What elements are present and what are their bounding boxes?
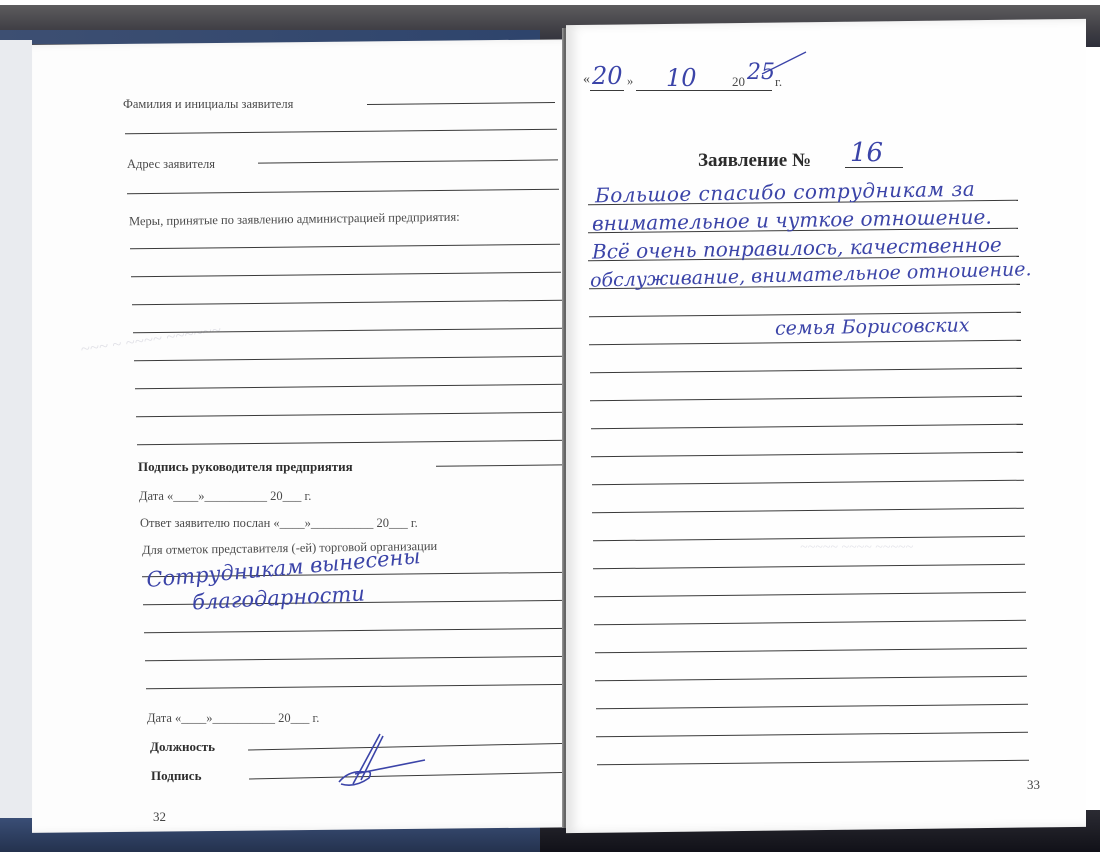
book-cover-left-edge (0, 40, 32, 830)
signature-label: Подпись (151, 768, 201, 784)
statement-number-line[interactable] (845, 167, 903, 168)
handwritten-date-month: 10 (666, 64, 697, 92)
date-line-2: Дата «____»__________ 20___ г. (147, 711, 319, 726)
bleed-through-text: ~~~~~ ~~~~ ~~~~~ (800, 540, 913, 556)
handwritten-signed-by: семья Борисовских (775, 314, 970, 339)
handwritten-signature-icon (325, 730, 435, 790)
position-label: Должность (150, 739, 215, 755)
date-year-line[interactable] (748, 90, 772, 91)
director-signature-label: Подпись руководителя предприятия (138, 459, 353, 475)
statement-title: Заявление № (698, 150, 811, 172)
right-page-number: 33 (1027, 777, 1040, 793)
date-close-quote: » (627, 74, 633, 89)
applicant-address-label: Адрес заявителя (127, 157, 215, 172)
reply-sent-line: Ответ заявителю послан «____»__________ … (140, 516, 418, 531)
handwritten-statement-number: 16 (850, 138, 883, 168)
date-open-quote: « (583, 72, 590, 88)
date-month-line[interactable] (636, 90, 760, 91)
director-date-line: Дата «____»__________ 20___ г. (139, 489, 311, 504)
date-year-prefix: 20 (732, 74, 745, 90)
applicant-name-label: Фамилия и инициалы заявителя (123, 97, 293, 112)
date-day-line[interactable] (590, 90, 624, 91)
date-flourish-icon (760, 48, 810, 78)
handwritten-date-day: 20 (592, 62, 623, 90)
left-page-number: 32 (153, 809, 166, 825)
